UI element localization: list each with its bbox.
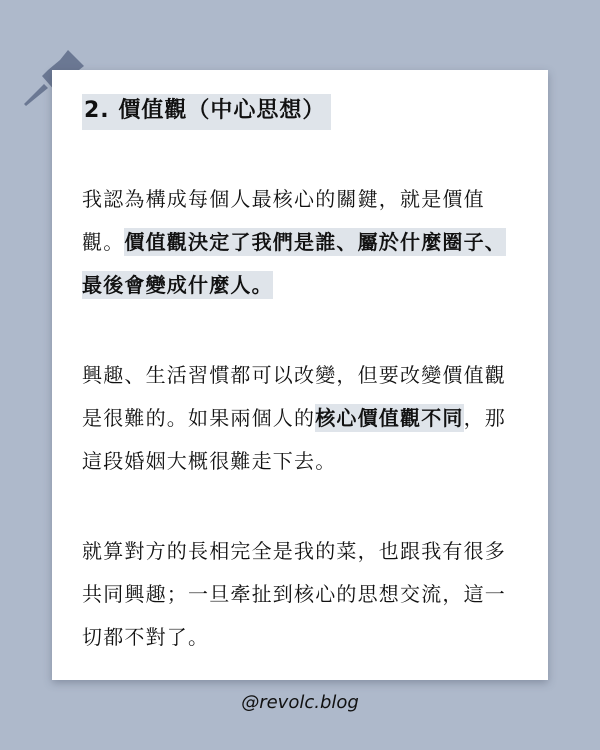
highlighted-text: 價值觀決定了我們是誰、屬於什麼圈子、最後會變成什麼人。 [82, 228, 506, 299]
paragraph-3: 就算對方的長相完全是我的菜，也跟我有很多共同興趣；一旦牽扯到核心的思想交流，這一… [82, 530, 522, 659]
paragraph-2: 興趣、生活習慣都可以改變，但要改變價值觀是很難的。如果兩個人的核心價值觀不同，那… [82, 354, 522, 483]
paragraph-1: 我認為構成每個人最核心的關鍵，就是價值觀。價值觀決定了我們是誰、屬於什麼圈子、最… [82, 178, 522, 307]
content-card: 2. 價值觀（中心思想） 我認為構成每個人最核心的關鍵，就是價值觀。價值觀決定了… [52, 70, 548, 680]
paragraph-text: 就算對方的長相完全是我的菜，也跟我有很多共同興趣；一旦牽扯到核心的思想交流，這一… [82, 539, 506, 649]
highlighted-text: 核心價值觀不同 [315, 404, 463, 432]
section-title: 2. 價值觀（中心思想） [82, 94, 331, 130]
author-handle: @revolc.blog [0, 692, 600, 713]
